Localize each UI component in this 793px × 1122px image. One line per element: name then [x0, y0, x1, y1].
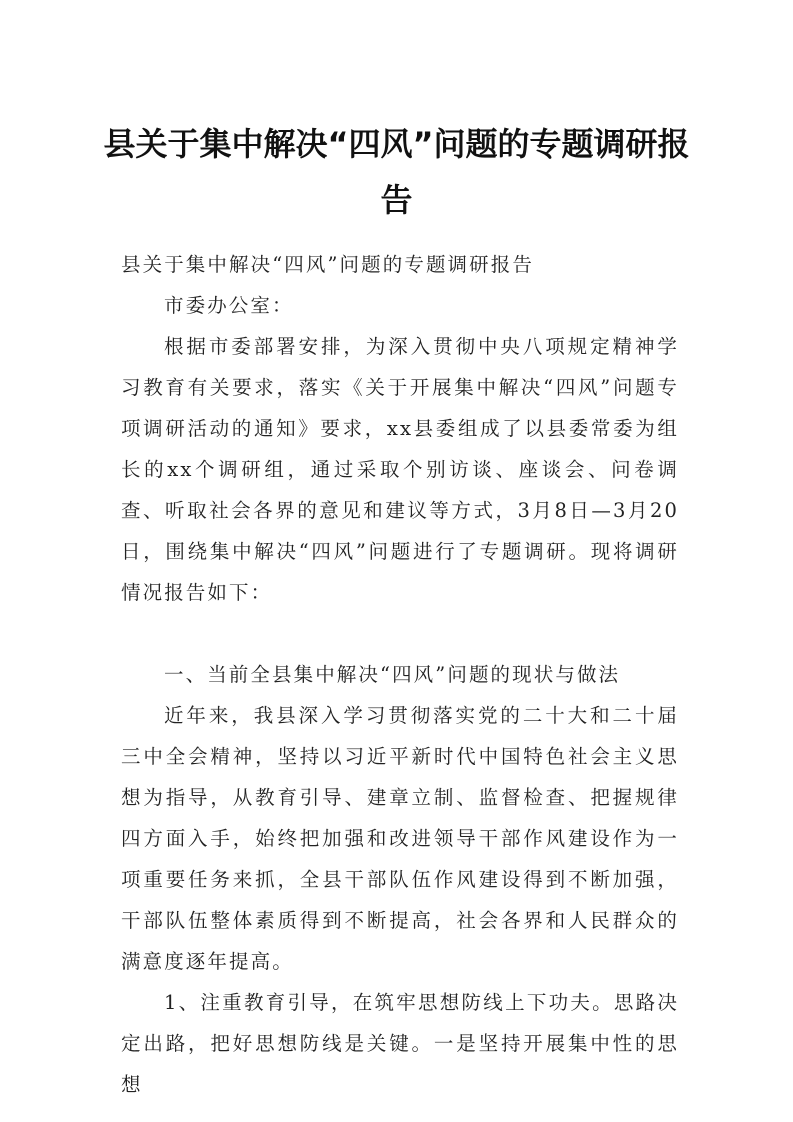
document-title: 县关于集中解决“四风”问题的专题调研报告 [100, 116, 693, 228]
paragraph-overview: 近年来，我县深入学习贯彻落实党的二十大和二十届三中全会精神，坚持以习近平新时代中… [121, 695, 679, 982]
document-subtitle: 县关于集中解决“四风”问题的专题调研报告 [121, 244, 679, 285]
document-body: 县关于集中解决“四风”问题的专题调研报告 市委办公室： 根据市委部署安排，为深入… [121, 244, 679, 1105]
spacer [121, 613, 679, 654]
document-page: 县关于集中解决“四风”问题的专题调研报告 县关于集中解决“四风”问题的专题调研报… [0, 0, 793, 1122]
section-heading: 一、当前全县集中解决“四风”问题的现状与做法 [121, 654, 679, 695]
addressee: 市委办公室： [121, 285, 679, 326]
paragraph-intro: 根据市委部署安排，为深入贯彻中央八项规定精神学习教育有关要求，落实《关于开展集中… [121, 326, 679, 613]
paragraph-point-1: 1、注重教育引导，在筑牢思想防线上下功夫。思路决定出路，把好思想防线是关键。一是… [121, 982, 679, 1105]
